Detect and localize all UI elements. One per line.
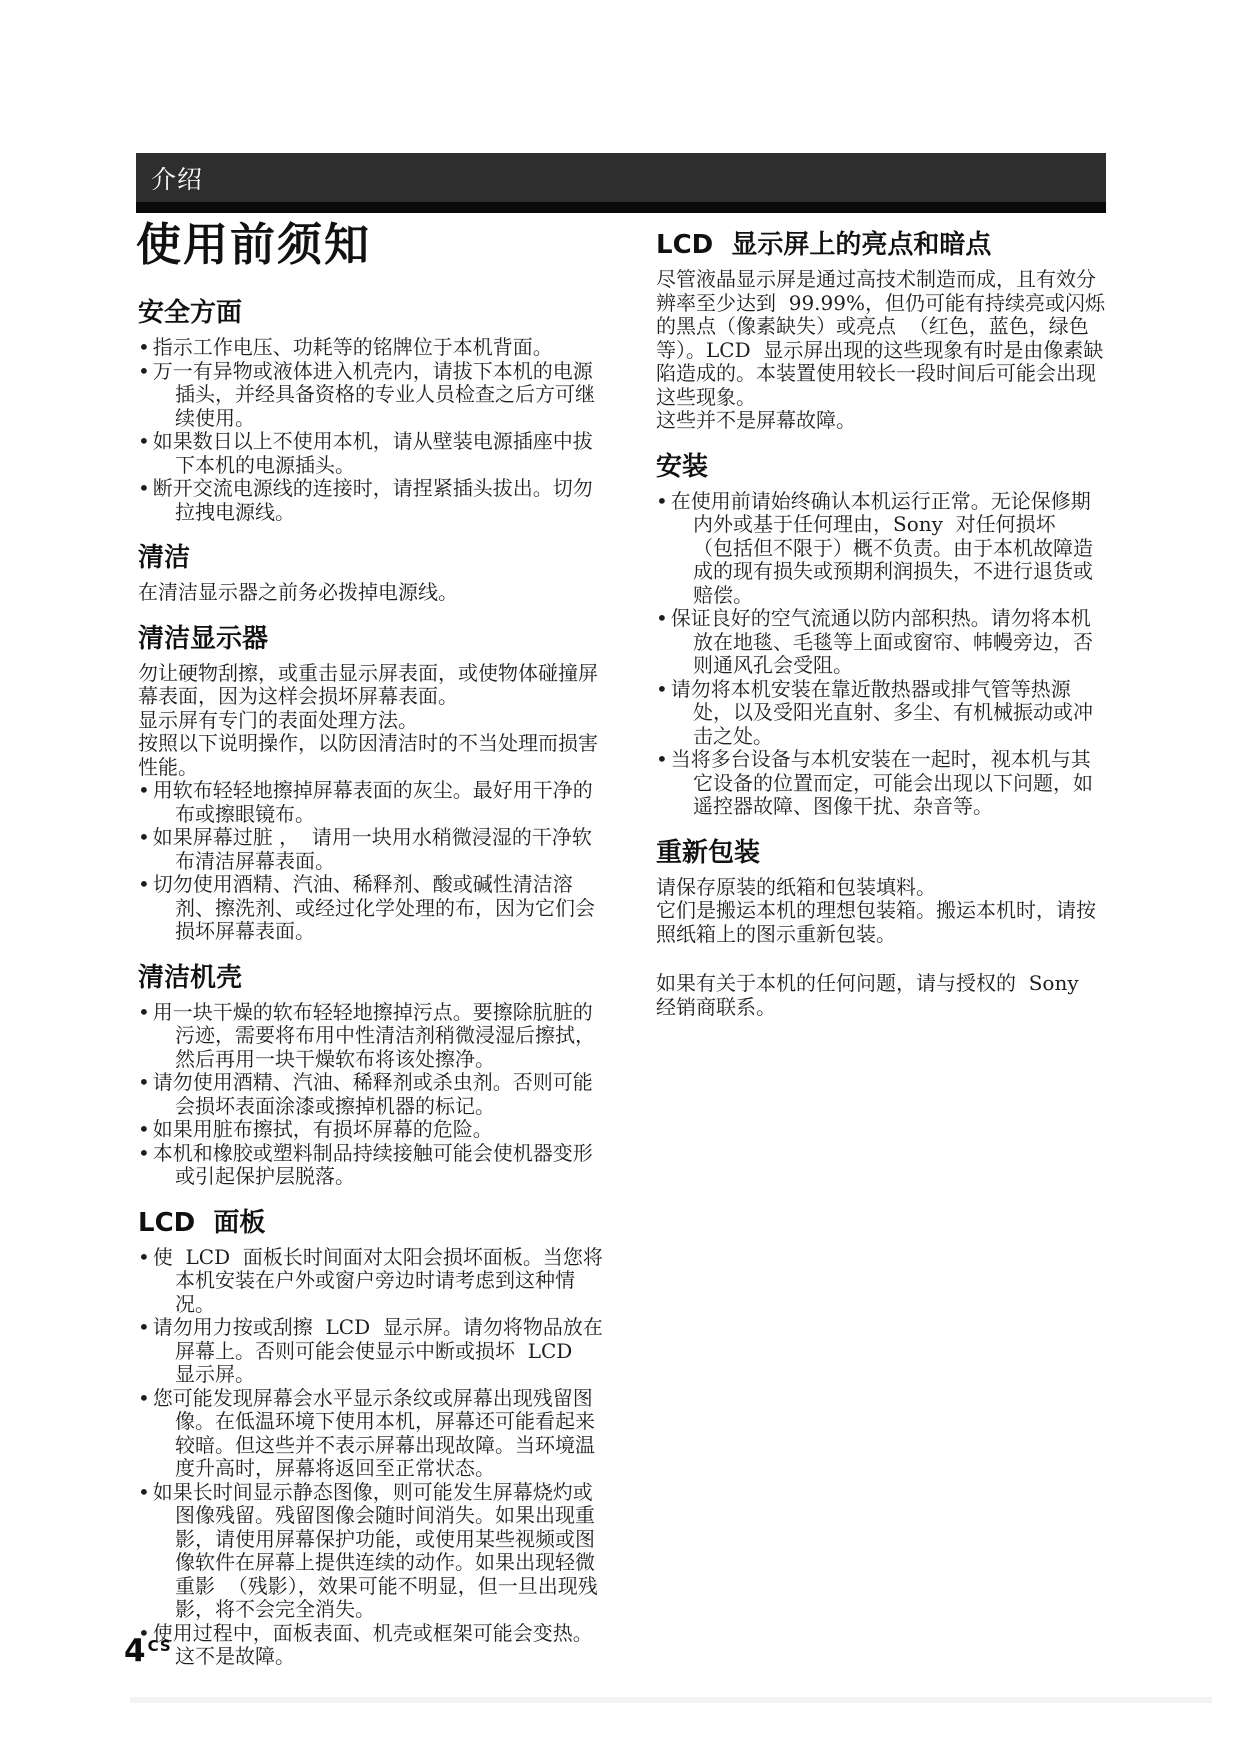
bullet-text: 如果用脏布擦拭，有损坏屏幕的危险。 [153, 1117, 493, 1141]
bullet-item: •切勿使用酒精、汽油、稀释剂、酸或碱性清洁溶剂、擦洗剂、或经过化学处理的布，因为… [138, 873, 604, 944]
bullet-dot: • [656, 747, 668, 771]
manual-page: 介绍 使用前须知 安全方面 •指示工作电压、功耗等的铭牌位于本机背面。 •万一有… [0, 0, 1241, 1754]
bullet-text: 使用过程中，面板表面、机壳或框架可能会变热。这不是故障。 [153, 1621, 593, 1669]
bullet-text: 当将多台设备与本机安装在一起时，视本机与其它设备的位置而定，可能会出现以下问题，… [671, 747, 1093, 818]
bullet-item: •如果长时间显示静态图像，则可能发生屏幕烧灼或图像残留。残留图像会随时间消失。如… [138, 1481, 604, 1622]
bullet-item: •断开交流电源线的连接时，请捏紧插头拔出。切勿拉拽电源线。 [138, 477, 604, 524]
bullet-text: 用一块干燥的软布轻轻地擦掉污点。要擦除肮脏的污迹，需要将布用中性清洁剂稍微浸湿后… [153, 1000, 595, 1071]
bullet-dot: • [138, 1386, 150, 1410]
bullet-text: 在使用前请始终确认本机运行正常。无论保修期内外或基于任何理由，Sony 对任何损… [671, 489, 1093, 607]
paragraph: 尽管液晶显示屏是通过高技术制造而成，且有效分辨率至少达到 99.99%，但仍可能… [656, 268, 1108, 409]
bullet-text: 您可能发现屏幕会水平显示条纹或屏幕出现残留图像。在低温环境下使用本机，屏幕还可能… [153, 1386, 595, 1481]
bullet-item: •万一有异物或液体进入机壳内，请拔下本机的电源插头，并经具备资格的专业人员检查之… [138, 360, 604, 431]
bullet-text: 如果屏幕过脏 ， 请用一块用水稍微浸湿的干净软布清洁屏幕表面。 [153, 825, 592, 873]
bullet-dot: • [656, 489, 668, 513]
banner-underline [136, 202, 1106, 213]
bullet-dot: • [138, 1070, 150, 1094]
section-heading: 重新包装 [656, 838, 1108, 869]
section-heading: 清洁机壳 [138, 963, 604, 994]
paragraph: 显示屏有专门的表面处理方法。 [138, 709, 604, 733]
bullet-text: 切勿使用酒精、汽油、稀释剂、酸或碱性清洁溶剂、擦洗剂、或经过化学处理的布，因为它… [153, 872, 595, 943]
bullet-text: 使 LCD 面板长时间面对太阳会损坏面板。当您将本机安装在户外或窗户旁边时请考虑… [153, 1245, 603, 1316]
bullet-text: 万一有异物或液体进入机壳内，请拔下本机的电源插头，并经具备资格的专业人员检查之后… [153, 359, 595, 430]
section-heading: 清洁显示器 [138, 624, 604, 655]
bullet-item: •您可能发现屏幕会水平显示条纹或屏幕出现残留图像。在低温环境下使用本机，屏幕还可… [138, 1387, 604, 1481]
contact-note: 如果有关于本机的任何问题，请与授权的 Sony 经销商联系。 [656, 972, 1108, 1019]
section-installation: 安装 •在使用前请始终确认本机运行正常。无论保修期内外或基于任何理由，Sony … [656, 452, 1108, 819]
bullet-text: 用软布轻轻地擦掉屏幕表面的灰尘。最好用干净的布或擦眼镜布。 [153, 778, 593, 826]
bullet-item: •指示工作电压、功耗等的铭牌位于本机背面。 [138, 336, 604, 360]
bullet-dot: • [138, 778, 150, 802]
bullet-item: •使 LCD 面板长时间面对太阳会损坏面板。当您将本机安装在户外或窗户旁边时请考… [138, 1246, 604, 1317]
section-cleaning-display: 清洁显示器 勿让硬物刮擦，或重击显示屏表面，或使物体碰撞屏幕表面，因为这样会损坏… [138, 624, 604, 944]
section-heading: 清洁 [138, 543, 604, 574]
bullet-item: •在使用前请始终确认本机运行正常。无论保修期内外或基于任何理由，Sony 对任何… [656, 490, 1108, 608]
paragraph: 勿让硬物刮擦，或重击显示屏表面，或使物体碰撞屏幕表面，因为这样会损坏屏幕表面。 [138, 662, 604, 709]
bullet-item: •当将多台设备与本机安装在一起时，视本机与其它设备的位置而定，可能会出现以下问题… [656, 748, 1108, 819]
bullet-dot: • [656, 606, 668, 630]
section-lcd-panel: LCD 面板 •使 LCD 面板长时间面对太阳会损坏面板。当您将本机安装在户外或… [138, 1208, 604, 1669]
bullet-dot: • [138, 476, 150, 500]
page-title: 使用前须知 [136, 219, 371, 271]
bullet-item: •如果屏幕过脏 ， 请用一块用水稍微浸湿的干净软布清洁屏幕表面。 [138, 826, 604, 873]
bullet-dot: • [138, 335, 150, 359]
bullet-dot: • [138, 872, 150, 896]
bullet-dot: • [138, 1000, 150, 1024]
section-banner: 介绍 [136, 153, 1106, 202]
scan-artifact-band [130, 1697, 1212, 1703]
bullet-item: •请勿用力按或刮擦 LCD 显示屏。请勿将物品放在屏幕上。否则可能会使显示中断或… [138, 1316, 604, 1387]
bullet-dot: • [138, 825, 150, 849]
page-number-lang: CS [148, 1637, 172, 1655]
paragraph: 它们是搬运本机的理想包装箱。搬运本机时，请按照纸箱上的图示重新包装。 [656, 899, 1108, 946]
bullet-text: 如果数日以上不使用本机，请从壁装电源插座中拔下本机的电源插头。 [153, 429, 593, 477]
right-column: LCD 显示屏上的亮点和暗点 尽管液晶显示屏是通过高技术制造而成，且有效分辨率至… [656, 230, 1108, 1019]
page-number-value: 4 [124, 1633, 146, 1669]
bullet-dot: • [138, 1141, 150, 1165]
bullet-item: •保证良好的空气流通以防内部积热。请勿将本机放在地毯、毛毯等上面或窗帘、帏幔旁边… [656, 607, 1108, 678]
section-cleaning-cabinet: 清洁机壳 •用一块干燥的软布轻轻地擦掉污点。要擦除肮脏的污迹，需要将布用中性清洁… [138, 963, 604, 1189]
page-number: 4CS [124, 1633, 172, 1669]
bullet-text: 请勿用力按或刮擦 LCD 显示屏。请勿将物品放在屏幕上。否则可能会使显示中断或损… [153, 1315, 603, 1386]
bullet-text: 保证良好的空气流通以防内部积热。请勿将本机放在地毯、毛毯等上面或窗帘、帏幔旁边，… [671, 606, 1093, 677]
banner-label: 介绍 [151, 160, 203, 196]
bullet-text: 如果长时间显示静态图像，则可能发生屏幕烧灼或图像残留。残留图像会随时间消失。如果… [153, 1480, 598, 1622]
bullet-item: •请勿使用酒精、汽油、稀释剂或杀虫剂。否则可能会损坏表面涂漆或擦掉机器的标记。 [138, 1071, 604, 1118]
left-column: 安全方面 •指示工作电压、功耗等的铭牌位于本机背面。 •万一有异物或液体进入机壳… [138, 298, 604, 1669]
section-safety: 安全方面 •指示工作电压、功耗等的铭牌位于本机背面。 •万一有异物或液体进入机壳… [138, 298, 604, 524]
bullet-text: 断开交流电源线的连接时，请捏紧插头拔出。切勿拉拽电源线。 [153, 476, 593, 524]
bullet-item: •请勿将本机安装在靠近散热器或排气管等热源处，以及受阳光直射、多尘、有机械振动或… [656, 678, 1108, 749]
section-heading: 安全方面 [138, 298, 604, 329]
paragraph: 如果有关于本机的任何问题，请与授权的 Sony 经销商联系。 [656, 972, 1108, 1019]
bullet-item: •如果数日以上不使用本机，请从壁装电源插座中拔下本机的电源插头。 [138, 430, 604, 477]
bullet-dot: • [138, 1315, 150, 1339]
section-heading: 安装 [656, 452, 1108, 483]
paragraph: 在清洁显示器之前务必拨掉电源线。 [138, 581, 604, 605]
bullet-text: 本机和橡胶或塑料制品持续接触可能会使机器变形或引起保护层脱落。 [153, 1141, 593, 1189]
bullet-dot: • [138, 359, 150, 383]
bullet-item: •用软布轻轻地擦掉屏幕表面的灰尘。最好用干净的布或擦眼镜布。 [138, 779, 604, 826]
paragraph: 按照以下说明操作，以防因清洁时的不当处理而损害性能。 [138, 732, 604, 779]
bullet-item: •使用过程中，面板表面、机壳或框架可能会变热。这不是故障。 [138, 1622, 604, 1669]
bullet-text: 请勿将本机安装在靠近散热器或排气管等热源处，以及受阳光直射、多尘、有机械振动或冲… [671, 677, 1093, 748]
bullet-item: •用一块干燥的软布轻轻地擦掉污点。要擦除肮脏的污迹，需要将布用中性清洁剂稍微浸湿… [138, 1001, 604, 1072]
bullet-dot: • [138, 429, 150, 453]
bullet-item: •本机和橡胶或塑料制品持续接触可能会使机器变形或引起保护层脱落。 [138, 1142, 604, 1189]
bullet-dot: • [138, 1480, 150, 1504]
bullet-dot: • [138, 1117, 150, 1141]
bullet-item: •如果用脏布擦拭，有损坏屏幕的危险。 [138, 1118, 604, 1142]
bullet-text: 指示工作电压、功耗等的铭牌位于本机背面。 [153, 335, 553, 359]
bullet-dot: • [138, 1245, 150, 1269]
section-cleaning: 清洁 在清洁显示器之前务必拨掉电源线。 [138, 543, 604, 605]
bullet-dot: • [656, 677, 668, 701]
section-repacking: 重新包装 请保存原装的纸箱和包装填料。 它们是搬运本机的理想包装箱。搬运本机时，… [656, 838, 1108, 947]
paragraph: 请保存原装的纸箱和包装填料。 [656, 876, 1108, 900]
section-lcd-dots: LCD 显示屏上的亮点和暗点 尽管液晶显示屏是通过高技术制造而成，且有效分辨率至… [656, 230, 1108, 433]
section-heading: LCD 面板 [138, 1208, 604, 1239]
bullet-text: 请勿使用酒精、汽油、稀释剂或杀虫剂。否则可能会损坏表面涂漆或擦掉机器的标记。 [153, 1070, 593, 1118]
section-heading: LCD 显示屏上的亮点和暗点 [656, 230, 1108, 261]
paragraph: 这些并不是屏幕故障。 [656, 409, 1108, 433]
